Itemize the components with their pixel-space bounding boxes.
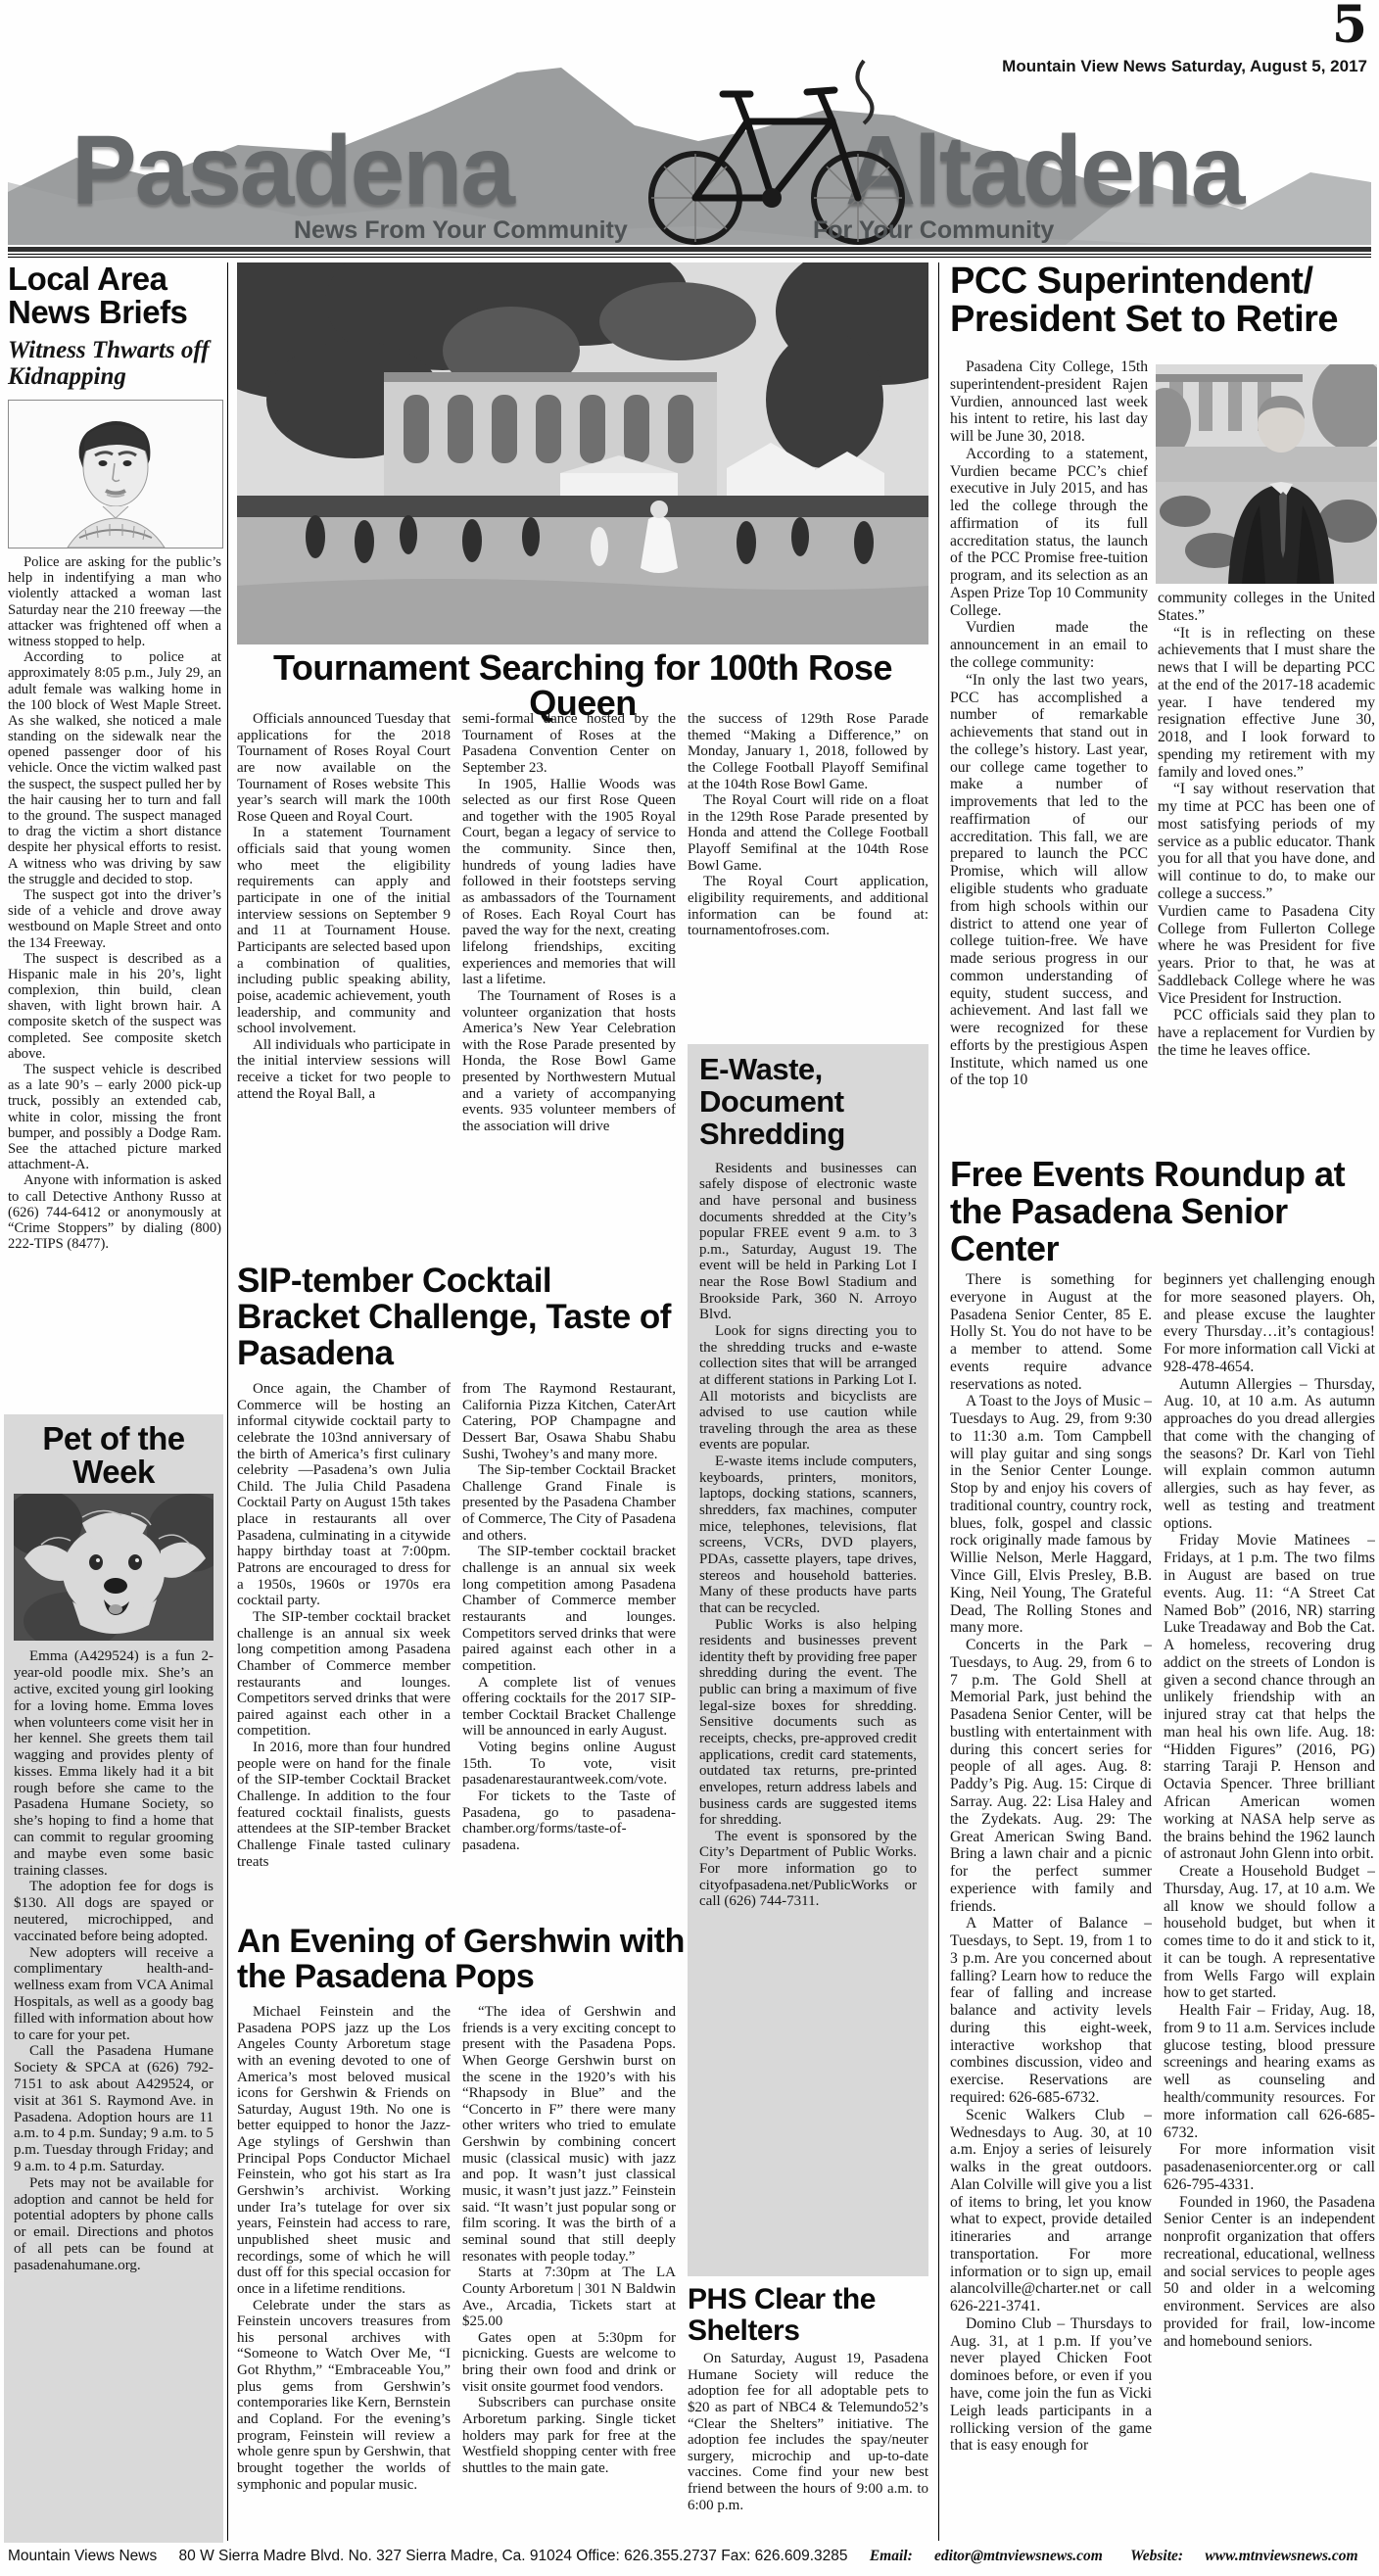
paragraph: On Saturday, August 19, Pasadena Humane … (688, 2351, 928, 2513)
paragraph: Residents and businesses can safely disp… (699, 1161, 917, 1323)
pet-of-week-box: Pet of the Week (4, 1414, 223, 2543)
paragraph: Friday Movie Matinees – Fridays, at 1 p.… (1164, 1532, 1375, 1863)
phs-body: On Saturday, August 19, Pasadena Humane … (688, 2351, 928, 2543)
paragraph: Vurdien came to Pasadena City College fr… (1158, 903, 1375, 1008)
paragraph: Scenic Walkers Club – Wednesdays to Aug.… (950, 2107, 1152, 2315)
footer-email[interactable]: editor@mtnviewsnews.com (934, 2548, 1103, 2564)
paragraph: Gates open at 5:30pm for picnicking. Gue… (462, 2330, 676, 2396)
footer-paper-name: Mountain Views News (8, 2548, 157, 2564)
phs-headline: PHS Clear the Shelters (688, 2284, 928, 2347)
siptember-headline: SIP-tember Cocktail Bracket Challenge, T… (237, 1264, 680, 1371)
paragraph: Once again, the Chamber of Commerce will… (237, 1381, 451, 1609)
tournament-house-photo (237, 262, 928, 644)
pcc-column-1: Pasadena City College, 15th superintende… (950, 358, 1148, 1144)
paragraph: Subscribers can purchase onsite Arboretu… (462, 2395, 676, 2476)
paragraph: A Matter of Balance – Tuesdays, to Sept.… (950, 1915, 1152, 2106)
paragraph: Starts at 7:30pm at The LA County Arbore… (462, 2265, 676, 2330)
paragraph: the success of 129th Rose Parade themed … (688, 711, 928, 792)
gershwin-headline: An Evening of Gershwin with the Pasadena… (237, 1924, 688, 1994)
pcc-column-2: community colleges in the United States.… (1158, 590, 1375, 1144)
paragraph: Police are asking for the public’s help … (8, 554, 221, 649)
masthead-name-pasadena: Pasadena (71, 121, 513, 219)
paragraph: Health Fair – Friday, Aug. 18, from 9 to… (1164, 2002, 1375, 2141)
paragraph: The SIP-tember cocktail bracket challeng… (462, 1544, 676, 1674)
free-events-column-1: There is something for everyone in Augus… (950, 1271, 1152, 2543)
footer-address: 80 W Sierra Madre Blvd. No. 327 Sierra M… (179, 2548, 848, 2564)
paragraph: For tickets to the Taste of Pasadena, go… (462, 1789, 676, 1854)
pet-of-week-body: Emma (A429524) is a fun 2-year-old poodl… (14, 1648, 214, 2273)
ewaste-box: E-Waste, Document Shredding Residents an… (688, 1044, 928, 2276)
masthead-tagline-right: For Your Community (813, 216, 1054, 245)
paragraph: New adopters will receive a complimentar… (14, 1945, 214, 2044)
footer-website[interactable]: www.mtnviewsnews.com (1205, 2548, 1357, 2564)
newspaper-page: 5 Mountain View News Saturday, August 5,… (0, 0, 1379, 2576)
column-rule-right (938, 262, 939, 2541)
paragraph: Call the Pasadena Humane Society & SPCA … (14, 2043, 214, 2174)
siptember-column-2: from The Raymond Restaurant, California … (462, 1381, 676, 1916)
paragraph: Emma (A429524) is a fun 2-year-old poodl… (14, 1648, 214, 1879)
footer-website-label: Website: (1130, 2548, 1183, 2564)
paragraph: For more information visit pasadenasenio… (1164, 2141, 1375, 2193)
suspect-composite-sketch-photo (8, 400, 223, 549)
paragraph: Founded in 1960, the Pasadena Senior Cen… (1164, 2194, 1375, 2351)
paragraph: Anyone with information is asked to call… (8, 1172, 221, 1252)
paragraph: The Sip-tember Cocktail Bracket Challeng… (462, 1462, 676, 1544)
paragraph: The suspect is described as a Hispanic m… (8, 951, 221, 1062)
paragraph: According to a statement, Vurdien became… (950, 446, 1148, 620)
paragraph: “The idea of Gershwin and friends is a v… (462, 2004, 676, 2265)
gershwin-column-1: Michael Feinstein and the Pasadena POPS … (237, 2004, 451, 2541)
tournament-column-3: the success of 129th Rose Parade themed … (688, 711, 928, 1038)
paragraph: Create a Household Budget – Thursday, Au… (1164, 1863, 1375, 2002)
masthead-banner: Pasadena Altadena News From (8, 35, 1371, 245)
paragraph: Voting begins online August 15th. To vot… (462, 1740, 676, 1789)
paragraph: Public Works is also helping residents a… (699, 1617, 917, 1829)
paragraph: Vurdien made the announcement in an emai… (950, 619, 1148, 671)
paragraph: A complete list of venues offering cockt… (462, 1675, 676, 1741)
paragraph: In a statement Tournament officials said… (237, 825, 451, 1036)
paragraph: In 2016, more than four hundred people w… (237, 1740, 451, 1870)
paragraph: Celebrate under the stars as Feinstein u… (237, 2298, 451, 2494)
paragraph: In 1905, Hallie Woods was selected as ou… (462, 777, 676, 988)
paragraph: The Royal Court application, eligibility… (688, 874, 928, 939)
masthead-divider-rules (8, 247, 1371, 260)
paragraph: All individuals who participate in the i… (237, 1037, 451, 1103)
paragraph: Officials announced Tuesday that applica… (237, 711, 451, 825)
paragraph: community colleges in the United States.… (1158, 590, 1375, 625)
paragraph: Domino Club – Thursdays to Aug. 31, at 1… (950, 2315, 1152, 2455)
paragraph: semi-formal dance hosted by the Tourname… (462, 711, 676, 777)
paragraph: The event is sponsored by the City’s Dep… (699, 1829, 917, 1910)
paragraph: The suspect got into the driver’s side o… (8, 887, 221, 951)
paragraph: Pets may not be available for adoption a… (14, 2175, 214, 2274)
paragraph: from The Raymond Restaurant, California … (462, 1381, 676, 1462)
paragraph: Look for signs directing you to the shre… (699, 1323, 917, 1454)
masthead-tagline-left: News From Your Community (294, 216, 628, 245)
paragraph: E-waste items include computers, keyboar… (699, 1454, 917, 1616)
pcc-president-photo (1156, 364, 1377, 584)
footer-email-label: Email: (870, 2548, 913, 2564)
page-footer: Mountain Views News 80 W Sierra Madre Bl… (8, 2548, 1371, 2565)
pcc-headline: PCC Superintendent/ President Set to Ret… (950, 262, 1377, 339)
paragraph: Concerts in the Park – Tuesdays, to Aug.… (950, 1637, 1152, 1915)
tournament-column-2: semi-formal dance hosted by the Tourname… (462, 711, 676, 1256)
paragraph: Michael Feinstein and the Pasadena POPS … (237, 2004, 451, 2298)
gershwin-column-2: “The idea of Gershwin and friends is a v… (462, 2004, 676, 2541)
paragraph: According to police at approximately 8:0… (8, 649, 221, 887)
paragraph: Autumn Allergies – Thursday, Aug. 10, at… (1164, 1376, 1375, 1533)
paragraph: The Tournament of Roses is a volunteer o… (462, 988, 676, 1135)
column-rule-left (227, 262, 228, 2541)
paragraph: The suspect vehicle is described as a la… (8, 1062, 221, 1172)
free-events-column-2: beginners yet challenging enough for mor… (1164, 1271, 1375, 2543)
paragraph: beginners yet challenging enough for mor… (1164, 1271, 1375, 1376)
local-briefs-headline: Local Area News Briefs (8, 262, 223, 330)
paragraph: The SIP-tember cocktail bracket challeng… (237, 1609, 451, 1740)
paragraph: “It is in reflecting on these achievemen… (1158, 625, 1375, 782)
free-events-headline: Free Events Roundup at the Pasadena Seni… (950, 1156, 1377, 1267)
pet-of-week-headline: Pet of the Week (14, 1422, 214, 1488)
tournament-column-1: Officials announced Tuesday that applica… (237, 711, 451, 1256)
ewaste-headline: E-Waste, Document Shredding (699, 1054, 917, 1151)
paragraph: PCC officials said they plan to have a r… (1158, 1007, 1375, 1059)
local-briefs-body: Police are asking for the public’s help … (8, 554, 221, 1410)
paragraph: The adoption fee for dogs is $130. All d… (14, 1879, 214, 1944)
paragraph: The Royal Court will ride on a float in … (688, 792, 928, 874)
paragraph: There is something for everyone in Augus… (950, 1271, 1152, 1393)
local-briefs-subhead: Witness Thwarts off Kidnapping (8, 337, 223, 390)
paragraph: Pasadena City College, 15th superintende… (950, 358, 1148, 446)
pet-dog-photo (14, 1494, 214, 1641)
paragraph: “I say without reservation that my time … (1158, 781, 1375, 902)
paragraph: “In only the last two years, PCC has acc… (950, 672, 1148, 1089)
paragraph: A Toast to the Joys of Music – Tuesdays … (950, 1393, 1152, 1637)
siptember-column-1: Once again, the Chamber of Commerce will… (237, 1381, 451, 1916)
